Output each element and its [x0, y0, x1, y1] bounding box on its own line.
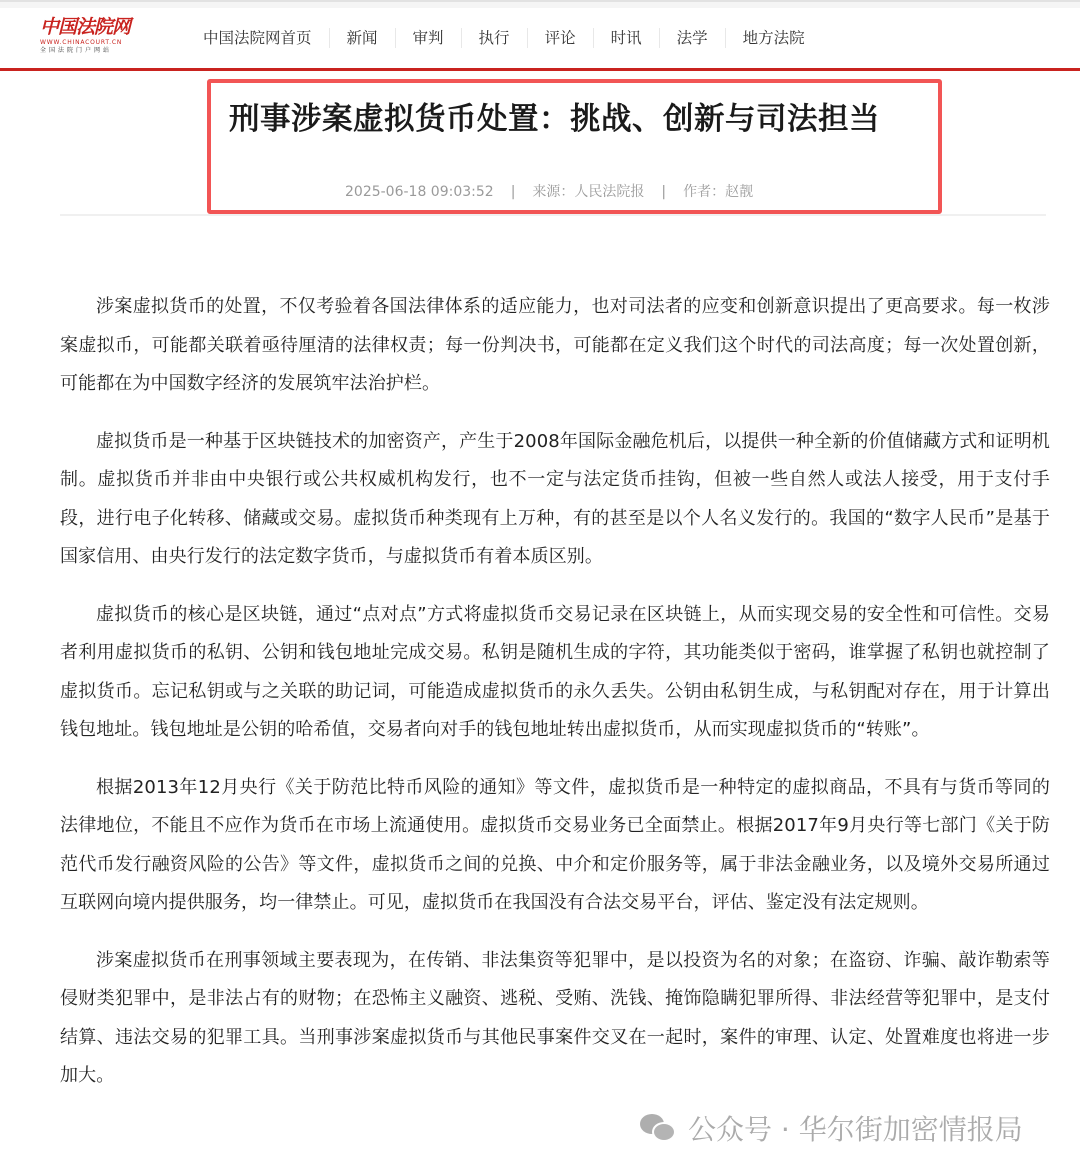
main-nav: 中国法院网首页 新闻 审判 执行 评论 时讯 法学 地方法院: [186, 24, 822, 52]
logo-name: 中国法院网: [40, 16, 142, 38]
article-source: 来源：人民法院报: [532, 184, 644, 200]
publish-datetime: 2025-06-18 09:03:52: [345, 184, 494, 200]
article-paragraph: 涉案虚拟货币的处置，不仅考验着各国法律体系的适应能力，也对司法者的应变和创新意识…: [60, 288, 1050, 404]
nav-item-bulletin[interactable]: 时讯: [594, 24, 659, 52]
wechat-watermark: 公众号 · 华尔街加密情报局: [640, 1108, 1023, 1148]
watermark-text: 公众号 · 华尔街加密情报局: [688, 1108, 1023, 1148]
article-body: 涉案虚拟货币的处置，不仅考验着各国法律体系的适应能力，也对司法者的应变和创新意识…: [60, 288, 1050, 1115]
meta-separator: |: [494, 184, 533, 200]
site-logo[interactable]: 中国法院网 WWW.CHINACOURT.CN 全国法院门户网站: [40, 16, 142, 60]
article-paragraph: 虚拟货币的核心是区块链，通过“点对点”方式将虚拟货币交易记录在区块链上，从而实现…: [60, 596, 1050, 750]
logo-tagline: 全国法院门户网站: [40, 47, 142, 55]
nav-item-execution[interactable]: 执行: [462, 24, 527, 52]
nav-item-local-courts[interactable]: 地方法院: [726, 24, 822, 52]
nav-item-trial[interactable]: 审判: [396, 24, 461, 52]
wechat-icon: [640, 1112, 680, 1144]
header-accent-line: [0, 68, 1080, 71]
nav-item-home[interactable]: 中国法院网首页: [186, 24, 329, 52]
article-title: 刑事涉案虚拟货币处置：挑战、创新与司法担当: [229, 98, 929, 142]
article-paragraph: 根据2013年12月央行《关于防范比特币风险的通知》等文件，虚拟货币是一种特定的…: [60, 769, 1050, 923]
browser-top-strip: [0, 0, 1080, 8]
article-author: 作者：赵靓: [683, 184, 753, 200]
meta-separator: |: [644, 184, 683, 200]
article-paragraph: 虚拟货币是一种基于区块链技术的加密资产，产生于2008年国际金融危机后，以提供一…: [60, 423, 1050, 577]
article-meta: 2025-06-18 09:03:52|来源：人民法院报|作者：赵靓: [345, 181, 753, 203]
nav-item-commentary[interactable]: 评论: [528, 24, 593, 52]
logo-url: WWW.CHINACOURT.CN: [40, 39, 142, 47]
nav-item-news[interactable]: 新闻: [330, 24, 395, 52]
nav-item-jurisprudence[interactable]: 法学: [660, 24, 725, 52]
site-header: 中国法院网 WWW.CHINACOURT.CN 全国法院门户网站 中国法院网首页…: [0, 8, 1080, 68]
article-paragraph: 涉案虚拟货币在刑事领域主要表现为，在传销、非法集资等犯罪中，是以投资为名的对象；…: [60, 942, 1050, 1096]
